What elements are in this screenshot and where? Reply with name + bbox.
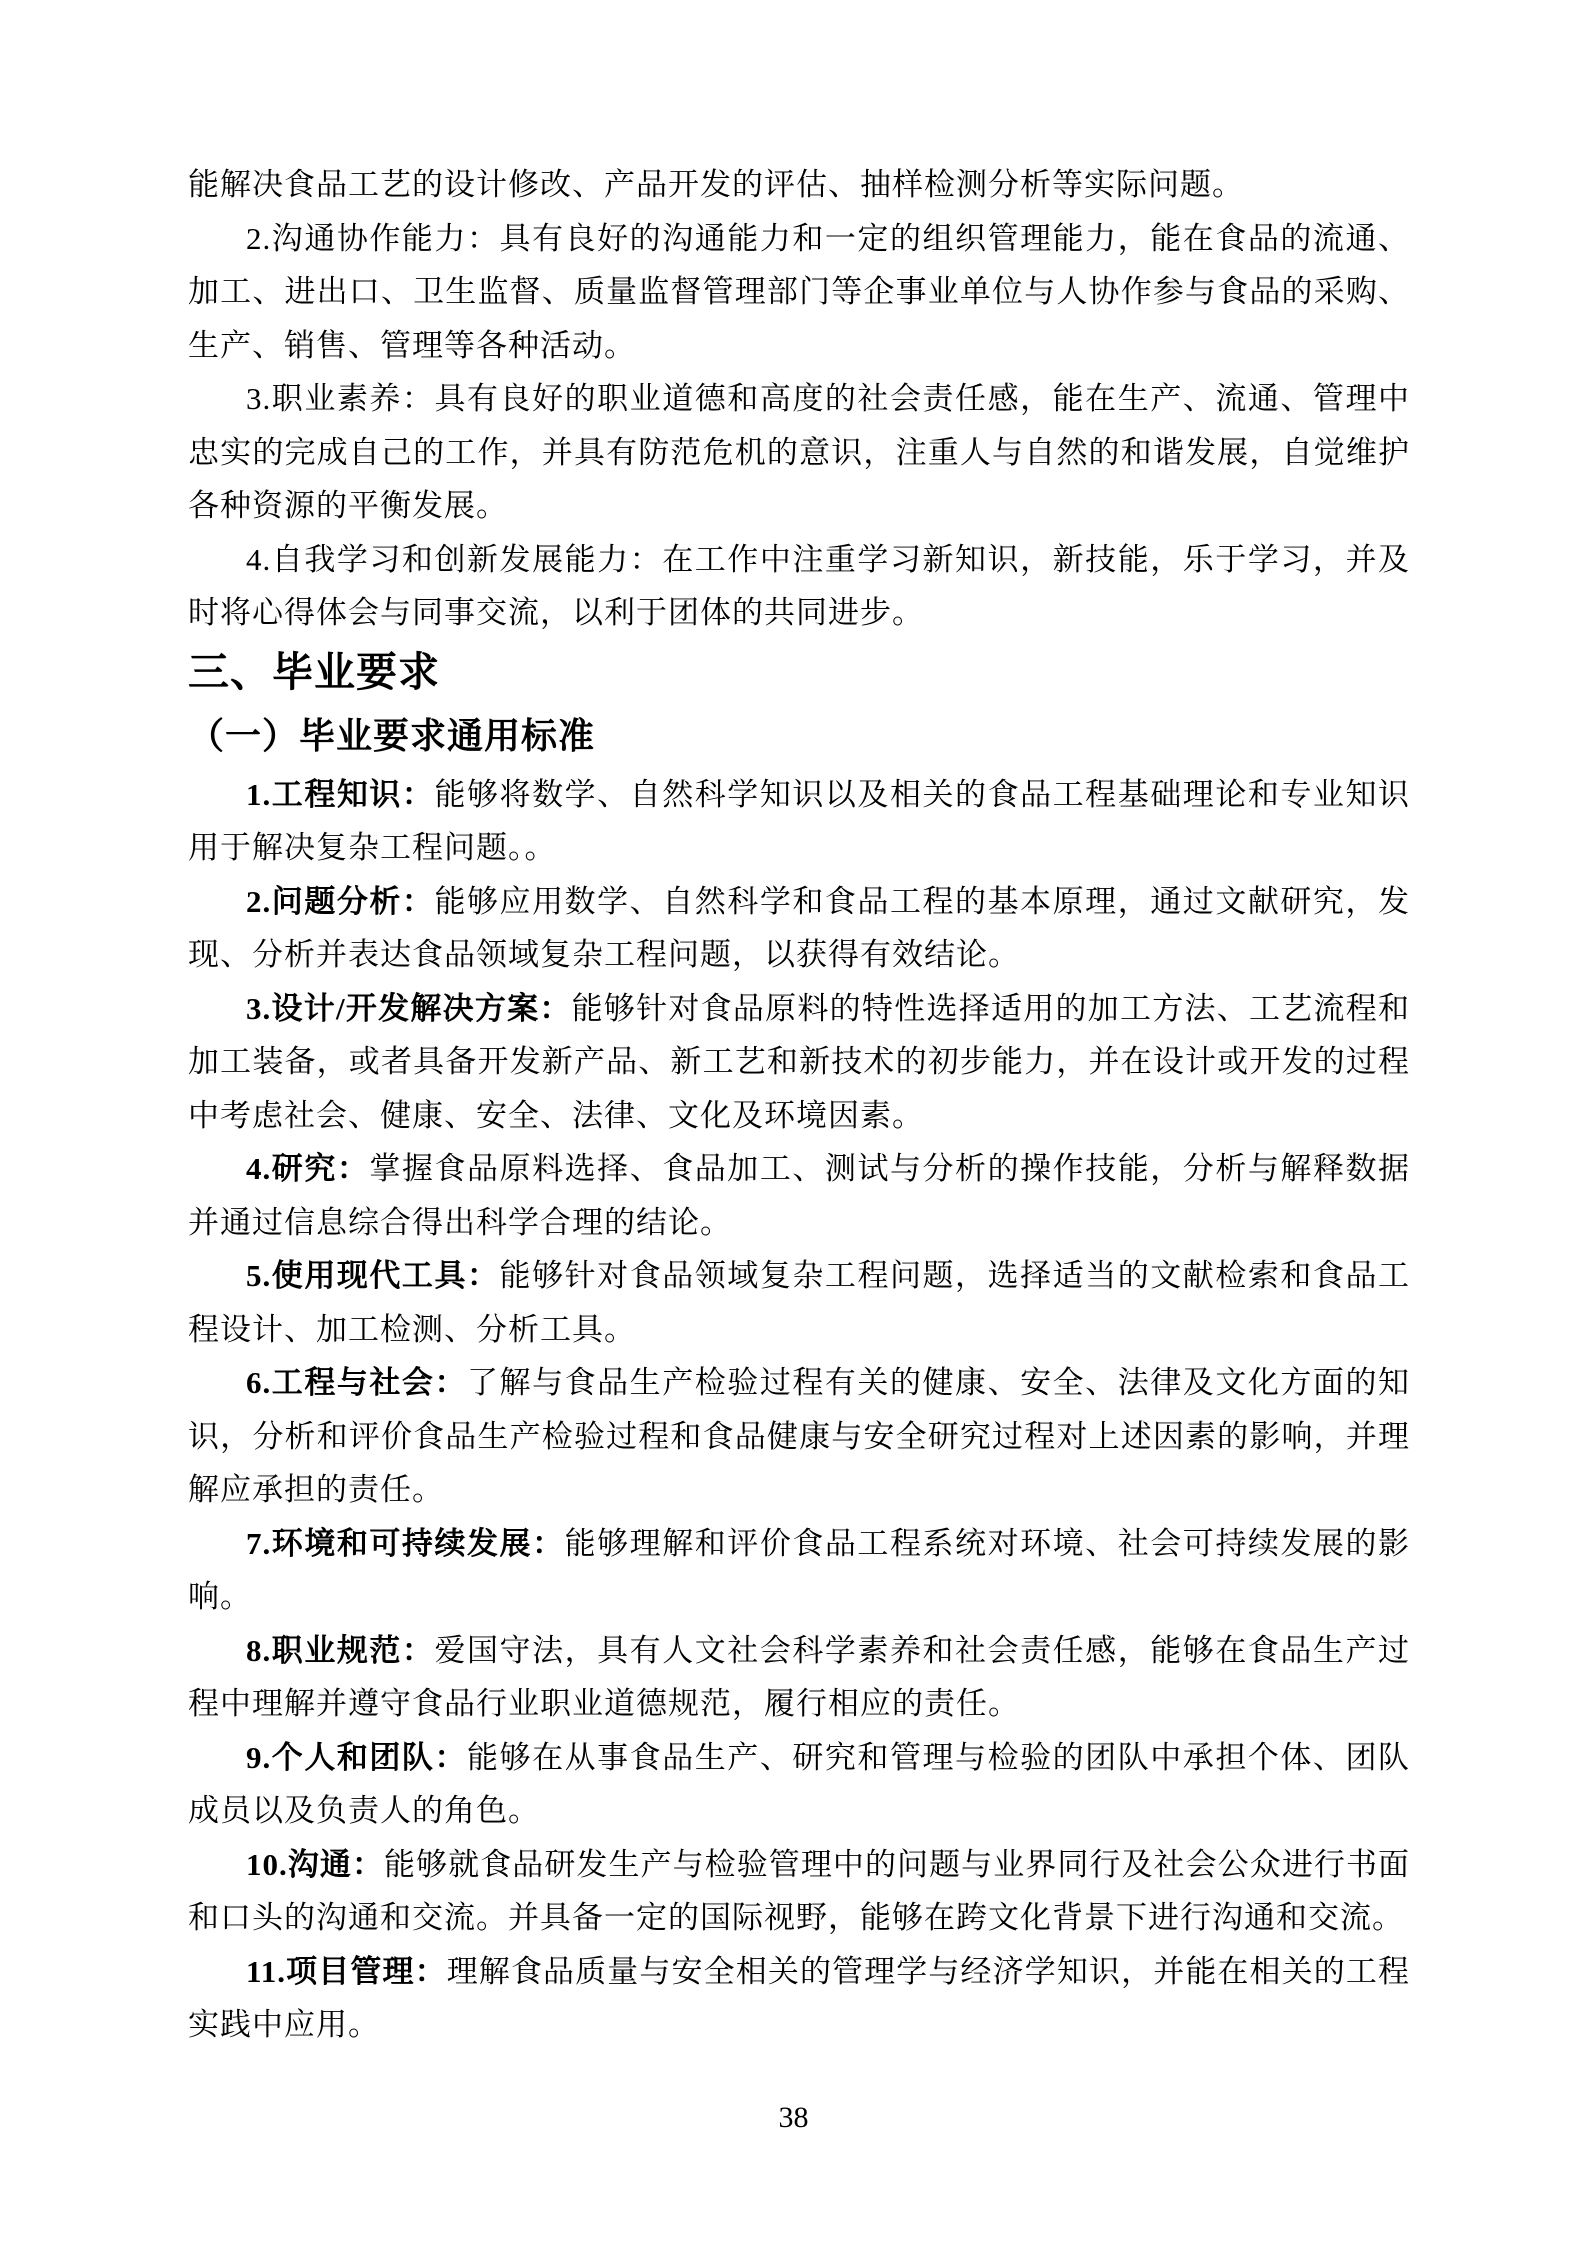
requirement-label: 1.工程知识： (246, 777, 434, 812)
requirement-label: 7.环境和可持续发展： (246, 1526, 565, 1561)
requirement-item-11: 11.项目管理：理解食品质量与安全相关的管理学与经济学知识，并能在相关的工程实践… (188, 1945, 1410, 2052)
page-number: 38 (779, 2101, 809, 2134)
requirement-item-6: 6.工程与社会：了解与食品生产检验过程有关的健康、安全、法律及文化方面的知识，分… (188, 1356, 1410, 1517)
body-paragraph-communication-ability: 2.沟通协作能力：具有良好的沟通能力和一定的组织管理能力，能在食品的流通、加工、… (188, 212, 1410, 373)
page-content: 能解决食品工艺的设计修改、产品开发的评估、抽样检测分析等实际问题。 2.沟通协作… (188, 158, 1410, 2052)
requirement-label: 11.项目管理： (246, 1954, 447, 1989)
requirement-item-4: 4.研究：掌握食品原料选择、食品加工、测试与分析的操作技能，分析与解释数据并通过… (188, 1142, 1410, 1249)
requirement-label: 8.职业规范： (246, 1633, 434, 1668)
requirement-item-10: 10.沟通：能够就食品研发生产与检验管理中的问题与业界同行及社会公众进行书面和口… (188, 1838, 1410, 1945)
requirement-label: 5.使用现代工具： (246, 1258, 500, 1293)
requirement-item-9: 9.个人和团队：能够在从事食品生产、研究和管理与检验的团队中承担个体、团队成员以… (188, 1731, 1410, 1838)
body-paragraph-self-learning: 4.自我学习和创新发展能力：在工作中注重学习新知识，新技能，乐于学习，并及时将心… (188, 533, 1410, 640)
requirement-label: 6.工程与社会： (246, 1365, 467, 1400)
requirement-label: 10.沟通： (246, 1847, 384, 1882)
requirement-item-5: 5.使用现代工具：能够针对食品领域复杂工程问题，选择适当的文献检索和食品工程设计… (188, 1249, 1410, 1356)
requirement-item-1: 1.工程知识：能够将数学、自然科学知识以及相关的食品工程基础理论和专业知识用于解… (188, 768, 1410, 875)
requirement-text: 掌握食品原料选择、食品加工、测试与分析的操作技能，分析与解释数据并通过信息综合得… (188, 1151, 1410, 1240)
requirement-item-3: 3.设计/开发解决方案：能够针对食品原料的特性选择适用的加工方法、工艺流程和加工… (188, 982, 1410, 1143)
body-paragraph-continuation: 能解决食品工艺的设计修改、产品开发的评估、抽样检测分析等实际问题。 (188, 158, 1410, 212)
section-heading-graduation-requirements: 三、毕业要求 (188, 640, 1410, 704)
requirement-label: 4.研究： (246, 1151, 369, 1186)
requirement-item-8: 8.职业规范：爱国守法，具有人文社会科学素养和社会责任感，能够在食品生产过程中理… (188, 1624, 1410, 1731)
requirement-label: 3.设计/开发解决方案： (246, 991, 572, 1026)
requirement-item-7: 7.环境和可持续发展：能够理解和评价食品工程系统对环境、社会可持续发展的影响。 (188, 1517, 1410, 1624)
body-paragraph-professional-quality: 3.职业素养：具有良好的职业道德和高度的社会责任感，能在生产、流通、管理中忠实的… (188, 372, 1410, 533)
document-page: 能解决食品工艺的设计修改、产品开发的评估、抽样检测分析等实际问题。 2.沟通协作… (0, 0, 1587, 2245)
requirement-label: 2.问题分析： (246, 884, 434, 919)
requirement-label: 9.个人和团队： (246, 1740, 467, 1775)
subsection-heading-general-standards: （一）毕业要求通用标准 (188, 704, 1410, 768)
requirement-item-2: 2.问题分析：能够应用数学、自然科学和食品工程的基本原理，通过文献研究，发现、分… (188, 875, 1410, 982)
page-footer: 38 (0, 2098, 1587, 2138)
